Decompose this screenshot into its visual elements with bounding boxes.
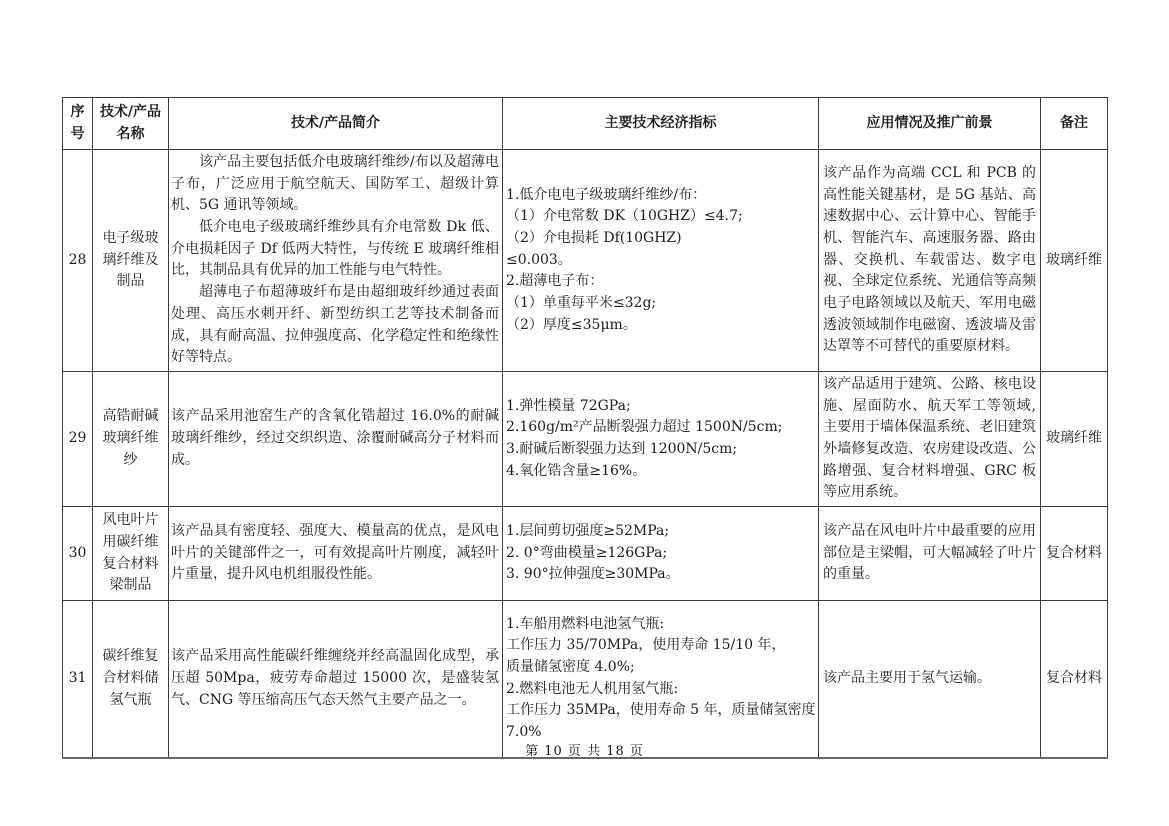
cell-no: 30 (63, 507, 93, 601)
cell-name: 电子级玻璃纤维及制品 (93, 150, 169, 372)
indicator-line: ≤0.003。 (506, 250, 816, 272)
indicator-line: 1.弹性模量 72GPa; (506, 396, 816, 418)
intro-paragraph: 该产品采用高性能碳纤维缠绕并经高温固化成型，承压超 50Mpa，疲劳寿命超过 1… (171, 646, 499, 711)
cell-remark: 复合材料 (1041, 507, 1108, 601)
intro-paragraph: 该产品具有密度轻、强度大、模量高的优点，是风电叶片的关键部件之一，可有效提高叶片… (171, 521, 499, 586)
intro-paragraph: 该产品主要包括低介电玻璃纤维纱/布以及超薄电子布，广泛应用于航空航天、国防军工、… (171, 152, 499, 217)
indicator-line: （2）厚度≤35μm。 (506, 315, 816, 337)
header-application: 应用情况及推广前景 (819, 98, 1041, 150)
cell-application: 该产品在风电叶片中最重要的应用部位是主梁帽，可大幅减轻了叶片的重量。 (819, 507, 1041, 601)
cell-intro: 该产品主要包括低介电玻璃纤维纱/布以及超薄电子布，广泛应用于航空航天、国防军工、… (169, 150, 503, 372)
cell-intro: 该产品采用池窑生产的含氧化锆超过 16.0%的耐碱玻璃纤维纱，经过交织织造、涂覆… (169, 371, 503, 506)
intro-paragraph: 该产品采用池窑生产的含氧化锆超过 16.0%的耐碱玻璃纤维纱，经过交织织造、涂覆… (171, 406, 499, 471)
table-row: 31 碳纤维复合材料储氢气瓶 该产品采用高性能碳纤维缠绕并经高温固化成型，承压超… (63, 601, 1108, 758)
cell-remark: 复合材料 (1041, 601, 1108, 758)
cell-name: 碳纤维复合材料储氢气瓶 (93, 601, 169, 758)
indicator-line: 2. 0°弯曲模量≥126GPa; (506, 543, 816, 565)
cell-indicators: 1.弹性模量 72GPa; 2.160g/m²产品断裂强力超过 1500N/5c… (503, 371, 819, 506)
table-header-row: 序号 技术/产品名称 技术/产品简介 主要技术经济指标 应用情况及推广前景 备注 (63, 98, 1108, 150)
intro-paragraph: 低介电电子级玻璃纤维纱具有介电常数 Dk 低、介电损耗因子 Df 低两大特性，与… (171, 217, 499, 282)
cell-no: 31 (63, 601, 93, 758)
header-no: 序号 (63, 98, 93, 150)
indicator-line: 1.低介电电子级玻璃纤维纱/布： (506, 185, 816, 207)
indicator-line: 质量储氢密度 4.0%; (506, 657, 816, 679)
table-row: 30 风电叶片用碳纤维复合材料梁制品 该产品具有密度轻、强度大、模量高的优点，是… (63, 507, 1108, 601)
cell-application: 该产品适用于建筑、公路、核电设施、屋面防水、航天军工等领域,主要用于墙体保温系统… (819, 371, 1041, 506)
cell-indicators: 1.低介电电子级玻璃纤维纱/布： （1）介电常数 DK（10GHZ）≤4.7; … (503, 150, 819, 372)
indicator-line: 3. 90°拉伸强度≥30MPa。 (506, 564, 816, 586)
cell-intro: 该产品采用高性能碳纤维缠绕并经高温固化成型，承压超 50Mpa，疲劳寿命超过 1… (169, 601, 503, 758)
indicator-line: 2.160g/m²产品断裂强力超过 1500N/5cm; (506, 417, 816, 439)
header-name: 技术/产品名称 (93, 98, 169, 150)
intro-paragraph: 超薄电子布超薄玻纤布是由超细玻纤纱通过表面处理、高压水刺开纤、新型纺织工艺等技术… (171, 282, 499, 369)
indicator-line: 2.燃料电池无人机用氢气瓶: (506, 679, 816, 701)
indicator-line: （1）介电常数 DK（10GHZ）≤4.7; (506, 206, 816, 228)
cell-intro: 该产品具有密度轻、强度大、模量高的优点，是风电叶片的关键部件之一，可有效提高叶片… (169, 507, 503, 601)
indicator-line: （1）单重每平米≤32g; (506, 293, 816, 315)
cell-name: 风电叶片用碳纤维复合材料梁制品 (93, 507, 169, 601)
cell-remark: 玻璃纤维 (1041, 371, 1108, 506)
cell-no: 29 (63, 371, 93, 506)
cell-remark: 玻璃纤维 (1041, 150, 1108, 372)
products-table: 序号 技术/产品名称 技术/产品简介 主要技术经济指标 应用情况及推广前景 备注… (62, 97, 1108, 759)
indicator-line: 工作压力 35/70MPa，使用寿命 15/10 年， (506, 635, 816, 657)
cell-name: 高锆耐碱玻璃纤维纱 (93, 371, 169, 506)
cell-indicators: 1.车船用燃料电池氢气瓶: 工作压力 35/70MPa，使用寿命 15/10 年… (503, 601, 819, 758)
indicator-line: 工作压力 35MPa，使用寿命 5 年，质量储氢密度 7.0% (506, 700, 816, 743)
header-intro: 技术/产品简介 (169, 98, 503, 150)
indicator-line: 3.耐碱后断裂强力达到 1200N/5cm; (506, 439, 816, 461)
table-row: 28 电子级玻璃纤维及制品 该产品主要包括低介电玻璃纤维纱/布以及超薄电子布，广… (63, 150, 1108, 372)
page-number: 第 10 页 共 18 页 (0, 740, 1169, 759)
cell-application: 该产品作为高端 CCL 和 PCB 的高性能关键基材，是 5G 基站、高速数据中… (819, 150, 1041, 372)
indicator-line: （2）介电损耗 Df(10GHZ) (506, 228, 816, 250)
cell-application: 该产品主要用于氢气运输。 (819, 601, 1041, 758)
table-row: 29 高锆耐碱玻璃纤维纱 该产品采用池窑生产的含氧化锆超过 16.0%的耐碱玻璃… (63, 371, 1108, 506)
indicator-line: 1.车船用燃料电池氢气瓶: (506, 614, 816, 636)
cell-indicators: 1.层间剪切强度≥52MPa; 2. 0°弯曲模量≥126GPa; 3. 90°… (503, 507, 819, 601)
indicator-line: 4.氧化锆含量≥16%。 (506, 461, 816, 483)
indicator-line: 2.超薄电子布： (506, 271, 816, 293)
header-remark: 备注 (1041, 98, 1108, 150)
indicator-line: 1.层间剪切强度≥52MPa; (506, 521, 816, 543)
header-indicators: 主要技术经济指标 (503, 98, 819, 150)
document-page: 序号 技术/产品名称 技术/产品简介 主要技术经济指标 应用情况及推广前景 备注… (0, 0, 1169, 826)
cell-no: 28 (63, 150, 93, 372)
